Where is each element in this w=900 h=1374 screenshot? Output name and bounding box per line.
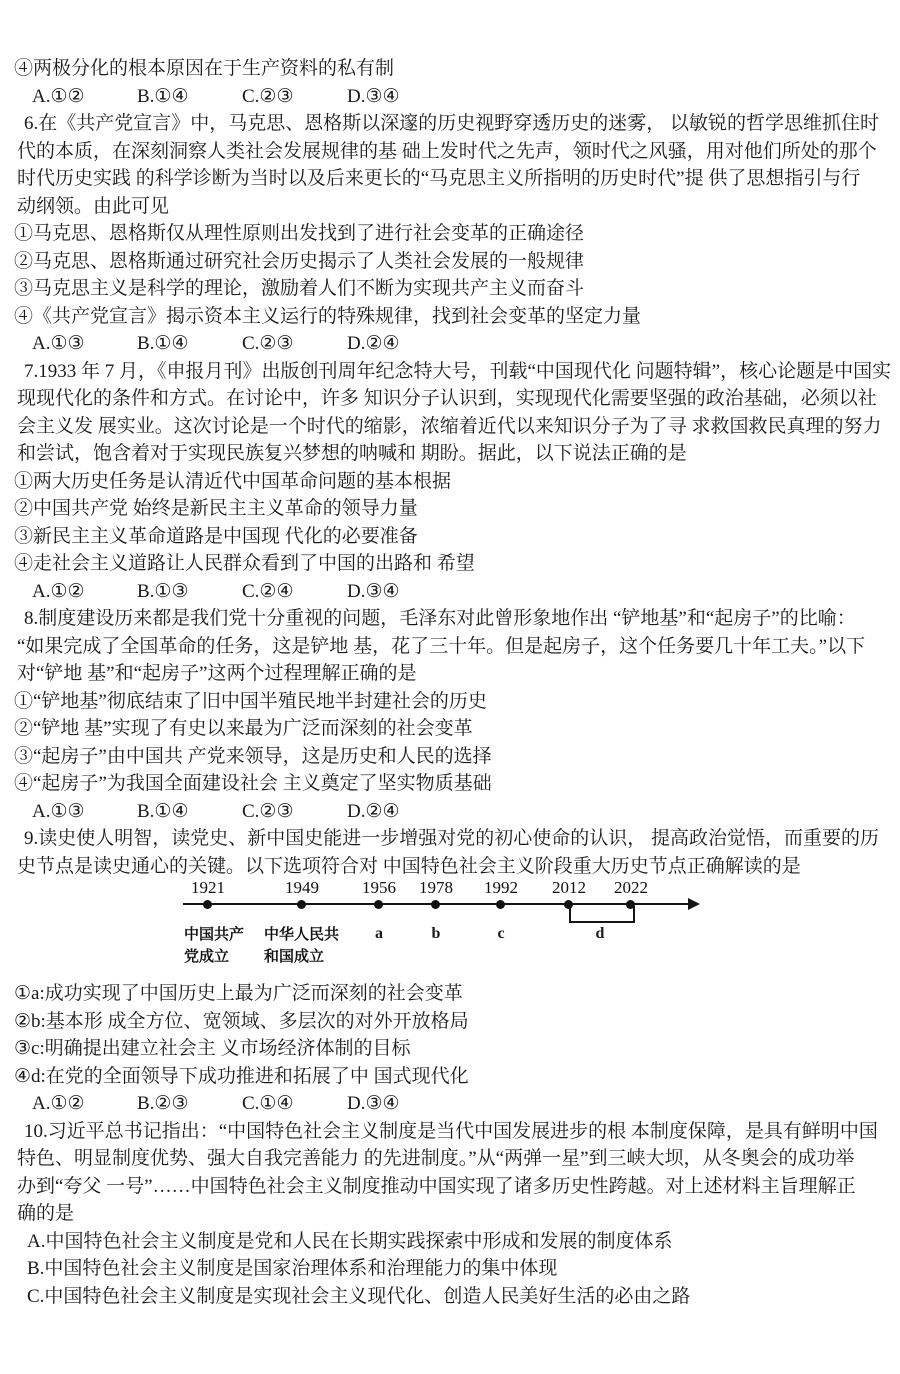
q6-option3-line: ③马克思主义是科学的理论，激励着人们不断为实现共产主义而奋斗 — [0, 275, 900, 303]
q9-option1-line: ①a:成功实现了中国历史上最为广泛而深刻的社会变革 — [0, 980, 900, 1008]
q6-option4-line: ④《共产党宣言》揭示资本主义运行的特殊规律，找到社会变革的坚定力量 — [0, 303, 900, 331]
timeline-marker-a: a — [367, 924, 391, 944]
q7-choice-a: A.①② — [32, 578, 137, 606]
timeline-dot-1921 — [203, 900, 212, 909]
q6-option2-line: ②马克思、恩格斯通过研究社会历史揭示了人类社会发展的一般规律 — [0, 248, 900, 276]
q7-choice-b: B.①③ — [137, 578, 242, 606]
q6-choice-d: D.②④ — [347, 330, 400, 358]
timeline-year-1978: 1978 — [406, 878, 466, 898]
q7-answer-row: A.①②B.①③C.②④D.③④ — [0, 578, 900, 606]
q10-stem-line2: 特色、明显制度优势、强大自我完善能力 的先进制度。”从“两弹一星”到三峡大坝，从… — [0, 1145, 900, 1173]
timeline-arrow-icon — [688, 898, 700, 910]
q10-choice-a-line: A.中国特色社会主义制度是党和人民在长期实践探索中形成和发展的制度体系 — [0, 1228, 900, 1256]
q9-stem-line1: 9.读史使人明智，读党史、新中国史能进一步增强对党的初心使命的认识， 提高政治觉… — [0, 825, 900, 853]
timeline-label-cpc-founding: 中国共产 党成立 — [184, 924, 244, 968]
timeline-marker-c: c — [489, 924, 513, 944]
q7-option3-line: ③新民主主义革命道路是中国现 代化的必要准备 — [0, 523, 900, 551]
q6-stem-line3: 时代历史实践 的科学诊断为当时以及后来更长的“马克思主义所指明的历史时代”提 供… — [0, 165, 900, 193]
cpc-label-line1: 中国共产 — [184, 924, 244, 946]
q6-option1-line: ①马克思、恩格斯仅从理性原则出发找到了进行社会变革的正确途径 — [0, 220, 900, 248]
q5-choice-b: B.①④ — [137, 83, 242, 111]
q9-option2-line: ②b:基本形 成全方位、宽领域、多层次的对外开放格局 — [0, 1008, 900, 1036]
timeline-year-1956: 1956 — [349, 878, 409, 898]
q9-choice-d: D.③④ — [347, 1090, 400, 1118]
q6-answer-row: A.①③B.①④C.②③D.②④ — [0, 330, 900, 358]
q5-answer-row: A.①②B.①④C.②③D.③④ — [0, 83, 900, 111]
q9-answer-row: A.①②B.②③C.①④D.③④ — [0, 1090, 900, 1118]
q8-stem-line3: 对“铲地 基”和“起房子”这两个过程理解正确的是 — [0, 660, 900, 688]
q5-option4-line: ④两极分化的根本原因在于生产资料的私有制 — [0, 55, 900, 83]
q8-option3-line: ③“起房子”由中国共 产党来领导，这是历史和人民的选择 — [0, 743, 900, 771]
q8-option1-line: ①“铲地基”彻底结束了旧中国半殖民地半封建社会的历史 — [0, 688, 900, 716]
q9-choice-c: C.①④ — [242, 1090, 347, 1118]
q9-option3-line: ③c:明确提出建立社会主 义市场经济体制的目标 — [0, 1035, 900, 1063]
timeline-year-1992: 1992 — [471, 878, 531, 898]
q6-choice-b: B.①④ — [137, 330, 242, 358]
q10-stem-line4: 确的是 — [0, 1200, 900, 1228]
q7-stem-line4: 和尝试，饱含着对于实现民族复兴梦想的呐喊和 期盼。据此，以下说法正确的是 — [0, 440, 900, 468]
q7-option1-line: ①两大历史任务是认清近代中国革命问题的基本根据 — [0, 468, 900, 496]
q8-stem-line1: 8.制度建设历来都是我们党十分重视的问题，毛泽东对此曾形象地作出 “铲地基”和“… — [0, 605, 900, 633]
timeline-year-2022: 2022 — [601, 878, 661, 898]
timeline-diagram: 1921 1949 1956 1978 1992 2012 2022 中国共产 … — [0, 880, 900, 980]
q8-option4-line: ④“起房子”为我国全面建设社会 主义奠定了坚实物质基础 — [0, 770, 900, 798]
exam-page: { "colors": { "background": "#ffffff", "… — [0, 0, 900, 1374]
q7-stem-line2: 现现代化的条件和方式。在讨论中，许多 知识分子认识到，实现现代化需要坚强的政治基… — [0, 385, 900, 413]
q6-stem-line1: 6.在《共产党宣言》中，马克思、恩格斯以深邃的历史视野穿透历史的迷雾， 以敏锐的… — [0, 110, 900, 138]
q10-choice-b-line: B.中国特色社会主义制度是国家治理体系和治理能力的集中体现 — [0, 1255, 900, 1283]
prc-label-line1: 中华人民共 — [264, 924, 339, 946]
q8-answer-row: A.①③B.①④C.②③D.②④ — [0, 798, 900, 826]
q7-stem-line1: 7.1933 年 7 月，《申报月刊》出版创刊周年纪念特大号，刊载“中国现代化 … — [0, 358, 900, 386]
q7-option2-line: ②中国共产党 始终是新民主主义革命的领导力量 — [0, 495, 900, 523]
timeline-marker-d: d — [588, 924, 612, 944]
timeline-dot-1992 — [496, 900, 505, 909]
q9-option4-line: ④d:在党的全面领导下成功推进和拓展了中 国式现代化 — [0, 1063, 900, 1091]
timeline-dot-1978 — [431, 900, 440, 909]
q5-choice-a: A.①② — [32, 83, 137, 111]
q5-choice-c: C.②③ — [242, 83, 347, 111]
q5-choice-d: D.③④ — [347, 83, 400, 111]
cpc-label-line2: 党成立 — [184, 946, 244, 968]
q9-choice-a: A.①② — [32, 1090, 137, 1118]
q8-option2-line: ②“铲地 基”实现了有史以来最为广泛而深刻的社会变革 — [0, 715, 900, 743]
q8-choice-c: C.②③ — [242, 798, 347, 826]
q8-stem-line2: “如果完成了全国革命的任务，这是铲地 基，花了三十年。但是起房子，这个任务要几十… — [0, 633, 900, 661]
q7-choice-c: C.②④ — [242, 578, 347, 606]
q7-option4-line: ④走社会主义道路让人民群众看到了中国的出路和 希望 — [0, 550, 900, 578]
q10-stem-line1: 10.习近平总书记指出：“中国特色社会主义制度是当代中国发展进步的根 本制度保障… — [0, 1118, 900, 1146]
exam-document: ④两极分化的根本原因在于生产资料的私有制 A.①②B.①④C.②③D.③④ 6.… — [0, 0, 900, 1310]
q6-stem-line4: 动纲领。由此可见 — [0, 193, 900, 221]
q8-choice-a: A.①③ — [32, 798, 137, 826]
q6-choice-c: C.②③ — [242, 330, 347, 358]
q10-choice-c-line: C.中国特色社会主义制度是实现社会主义现代化、创造人民美好生活的必由之路 — [0, 1283, 900, 1311]
q10-stem-line3: 办到“夸父 一号”……中国特色社会主义制度推动中国实现了诸多历史性跨越。对上述材… — [0, 1173, 900, 1201]
timeline-dot-1949 — [297, 900, 306, 909]
q9-stem-line2: 史节点是读史通心的关键。以下选项符合对 中国特色社会主义阶段重大历史节点正确解读… — [0, 853, 900, 881]
timeline-label-prc-founding: 中华人民共 和国成立 — [264, 924, 339, 968]
timeline-bracket-2012-2022 — [569, 906, 635, 923]
timeline-year-1921: 1921 — [178, 878, 238, 898]
q6-stem-line2: 代的本质，在深刻洞察人类社会发展规律的基 础上发时代之先声，领时代之风骚，用对他… — [0, 138, 900, 166]
q6-choice-a: A.①③ — [32, 330, 137, 358]
q7-choice-d: D.③④ — [347, 578, 400, 606]
timeline-year-1949: 1949 — [272, 878, 332, 898]
timeline-dot-1956 — [374, 900, 383, 909]
q9-choice-b: B.②③ — [137, 1090, 242, 1118]
prc-label-line2: 和国成立 — [264, 946, 339, 968]
timeline-marker-b: b — [424, 924, 448, 944]
timeline-year-2012: 2012 — [539, 878, 599, 898]
q8-choice-d: D.②④ — [347, 798, 400, 826]
q8-choice-b: B.①④ — [137, 798, 242, 826]
q7-stem-line3: 会主义发 展实业。这次讨论是一个时代的缩影，浓缩着近代以来知识分子为了寻 求救国… — [0, 413, 900, 441]
